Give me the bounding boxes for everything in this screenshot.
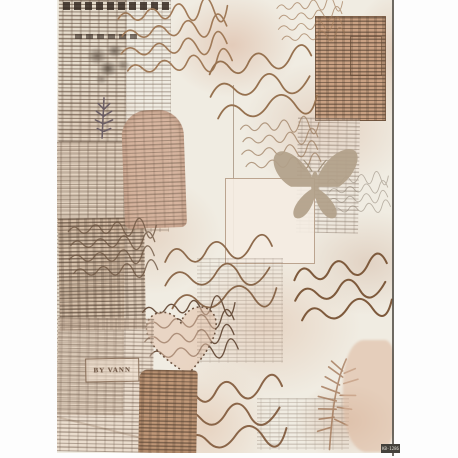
- torn-paper-patch: [343, 340, 394, 452]
- product-code-badge: KB-1286: [381, 444, 400, 453]
- small-hang-tag-motif: [138, 370, 197, 453]
- handwriting-right-large: [286, 234, 394, 345]
- lavender-sprig-motif: [87, 94, 121, 140]
- handwriting-top-right: [266, 0, 359, 45]
- handwriting-top-center: [203, 41, 322, 128]
- product-photo: BY VANN KB-1286: [0, 0, 458, 458]
- newspaper-ad-text: BY VANN: [93, 366, 131, 375]
- decoupage-paper-sheet: BY VANN: [57, 0, 394, 453]
- butterfly-motif: [267, 140, 363, 222]
- hang-tag-motif: [121, 109, 187, 229]
- paper-edge-shadow: [392, 0, 394, 456]
- handwriting-left: [66, 213, 163, 286]
- product-code-text: KB-1286: [382, 447, 399, 451]
- newspaper-ad-box: BY VANN: [85, 358, 139, 383]
- newsprint-inner-box: [350, 36, 382, 76]
- newsprint-block-center-low: [197, 258, 283, 363]
